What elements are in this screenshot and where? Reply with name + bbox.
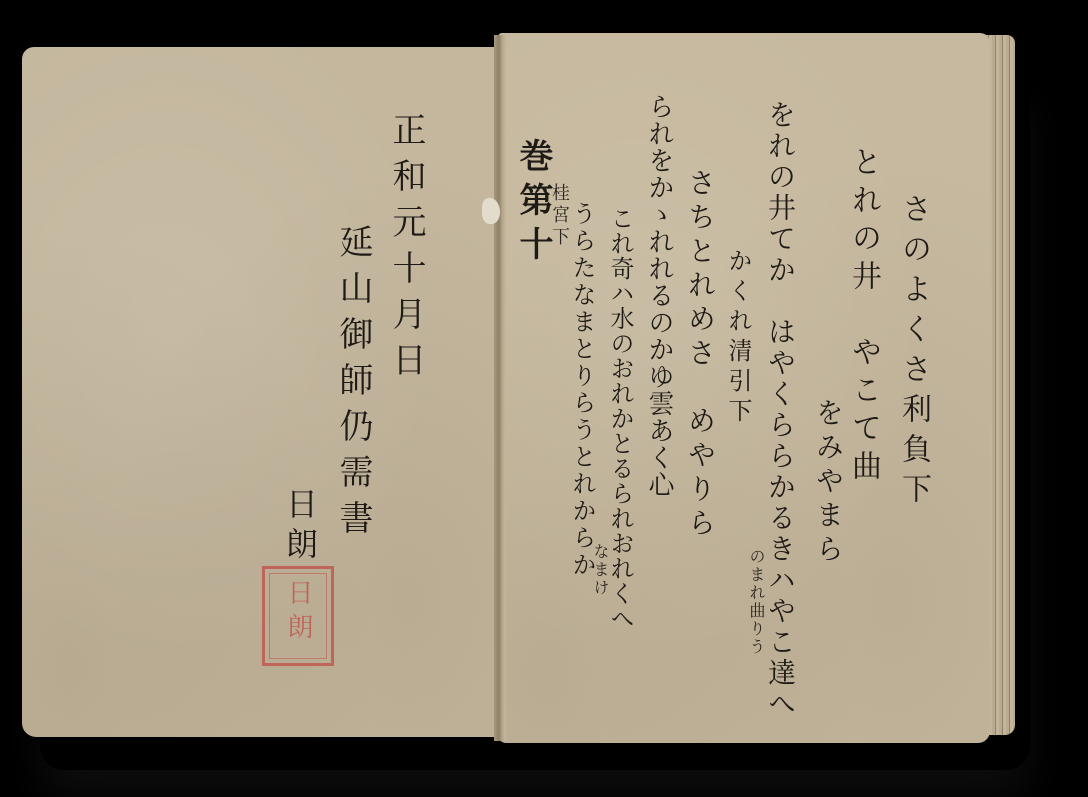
- text-column-8: これ奇ハ水のおれかとるられおれくへ: [608, 206, 632, 631]
- text-column-7: られをかゝれれるのかゆ雲あく心: [646, 93, 672, 498]
- text-column-9: うらたなまとりらうとれからか: [570, 201, 594, 579]
- chapter-title: 巻第十: [516, 138, 550, 270]
- right-page: 巻第十 桂宮下 さのよくさ利負下 とれの井 やこて曲 をみやまら をれの井てか …: [498, 33, 990, 743]
- red-seal: 日朗: [262, 566, 334, 666]
- text-column-4: をれの井てか はやくららかるきハやこ達へ: [766, 100, 794, 720]
- paper-tear: [482, 198, 500, 224]
- manuscript-photo: 正和元十月日 延山御師仍需書 日朗 日朗 巻第十 桂宮下 さのよくさ利負下 とれ…: [0, 0, 1088, 797]
- text-column-3: をみやまら: [814, 398, 842, 568]
- chapter-annotation: 桂宮下: [550, 183, 568, 249]
- text-column-4-gloss: のまれ曲りう: [748, 548, 764, 656]
- text-column-1: さのよくさ利負下: [898, 193, 928, 513]
- book-gutter: [494, 35, 506, 741]
- colophon-line: 延山御師仍需書: [336, 224, 370, 546]
- signature: 日朗: [284, 487, 316, 567]
- colophon-date: 正和元十月日: [389, 112, 423, 388]
- text-column-2: とれの井 やこて曲: [848, 146, 878, 488]
- text-column-6: さちとれめさ めやりら: [686, 168, 714, 542]
- seal-text: 日朗: [283, 579, 313, 647]
- text-column-5: かくれ清引下: [726, 248, 750, 428]
